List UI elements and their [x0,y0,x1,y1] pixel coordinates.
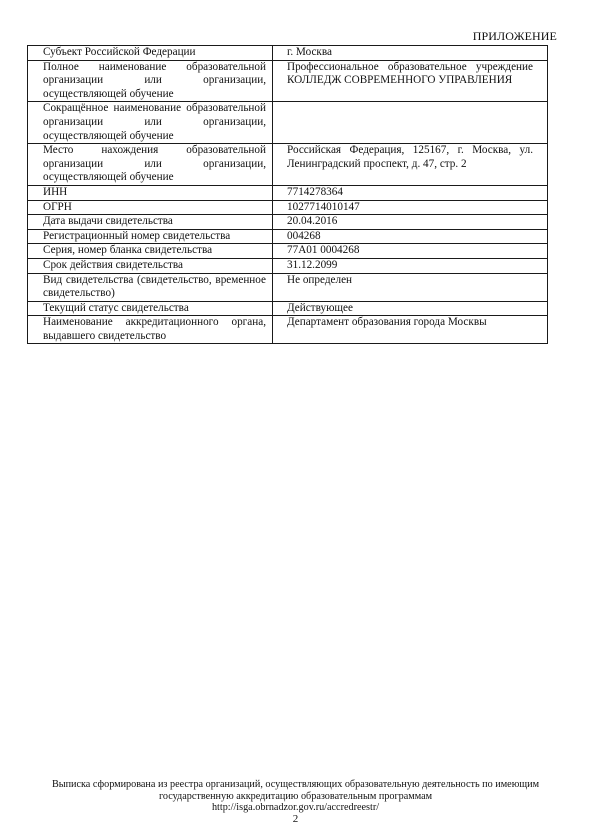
table-row: Сокращённое наименование образовательной… [28,102,548,144]
row-label: Субъект Российской Федерации [28,46,273,61]
appendix-label: ПРИЛОЖЕНИЕ [473,29,557,44]
row-value: 31.12.2099 [273,258,548,273]
table-row: Срок действия свидетельства 31.12.2099 [28,258,548,273]
table-row: Текущий статус свидетельства Действующее [28,301,548,316]
row-label: Сокращённое наименование образовательной… [28,102,273,144]
row-label: ОГРН [28,200,273,215]
row-value: Профессиональное образовательное учрежде… [273,60,548,102]
footer-note: Выписка сформирована из реестра организа… [20,779,571,802]
row-label: Текущий статус свидетельства [28,301,273,316]
row-value: Департамент образования города Москвы [273,316,548,344]
row-label: Вид свидетельства (свидетельство, времен… [28,273,273,301]
table-row: Полное наименование образовательной орга… [28,60,548,102]
row-label: Регистрационный номер свидетельства [28,229,273,244]
table-row: Регистрационный номер свидетельства 0042… [28,229,548,244]
row-value [273,102,548,144]
page-footer: Выписка сформирована из реестра организа… [20,779,571,825]
row-value: 7714278364 [273,185,548,200]
row-label: Наименование аккредитационного органа, в… [28,316,273,344]
row-value: Не определен [273,273,548,301]
certificate-details-table: Субъект Российской Федерации г. Москва П… [27,45,548,344]
row-value: г. Москва [273,46,548,61]
row-value: Действующее [273,301,548,316]
row-label: Место нахождения образовательной организ… [28,144,273,186]
table-row: ИНН 7714278364 [28,185,548,200]
row-value: 77А01 0004268 [273,244,548,259]
row-label: Дата выдачи свидетельства [28,215,273,230]
table-row: Наименование аккредитационного органа, в… [28,316,548,344]
row-label: Серия, номер бланка свидетельства [28,244,273,259]
row-value: 1027714010147 [273,200,548,215]
row-value: Российская Федерация, 125167, г. Москва,… [273,144,548,186]
table-row: Субъект Российской Федерации г. Москва [28,46,548,61]
row-value: 20.04.2016 [273,215,548,230]
page-number: 2 [20,814,571,826]
table-row: Серия, номер бланка свидетельства 77А01 … [28,244,548,259]
table-row: Вид свидетельства (свидетельство, времен… [28,273,548,301]
row-label: Полное наименование образовательной орга… [28,60,273,102]
table-row: Место нахождения образовательной организ… [28,144,548,186]
row-value: 004268 [273,229,548,244]
row-label: ИНН [28,185,273,200]
table-row: Дата выдачи свидетельства 20.04.2016 [28,215,548,230]
table-row: ОГРН 1027714010147 [28,200,548,215]
row-label: Срок действия свидетельства [28,258,273,273]
